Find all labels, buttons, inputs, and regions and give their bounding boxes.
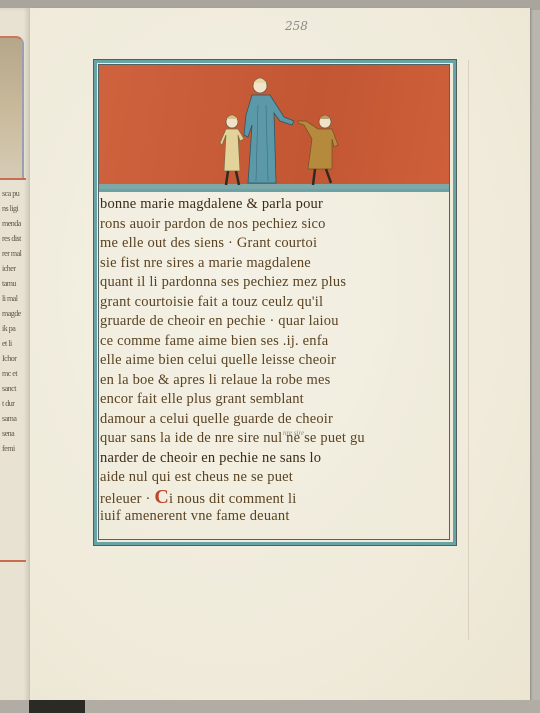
previous-page-rubric-line <box>0 178 26 180</box>
text-line: narder de cheoir en pechie ne sans lo <box>100 449 450 469</box>
text-line-start: releuer · <box>100 491 154 507</box>
text-line: ce comme fame aime bien ses .ij. enfa <box>100 332 450 352</box>
text-line-end: i nous dit comment li <box>169 491 296 507</box>
text-line: quar sans la ide de nre sire nul ne se p… <box>100 429 450 449</box>
text-line: en la boe & apres li relaue la robe mes <box>100 371 450 391</box>
text-line-rubric: releuer · Ci nous dit comment li <box>100 488 450 508</box>
text-line: iuif amenerent vne fame deuant <box>100 507 450 527</box>
text-line: gruarde de cheoir en pechie · quar laiou <box>100 312 450 332</box>
child-left-figure <box>220 115 244 185</box>
text-line: quant il li pardonna ses pechiez mez plu… <box>100 273 450 293</box>
binding-edge <box>29 700 85 713</box>
interlinear-gloss: nre sire <box>283 429 304 437</box>
ruling-line <box>468 60 469 640</box>
child-right-figure <box>298 115 338 185</box>
text-line: bonne marie magdalene & parla pour <box>100 195 450 215</box>
previous-page-text: sca pu ns ligi menda res dist rer mal ic… <box>2 186 26 556</box>
folio-number: 258 <box>285 19 308 33</box>
text-line: rons auoir pardon de nos pechiez sico <box>100 215 450 235</box>
woman-figure <box>244 78 294 183</box>
previous-page-edge: sca pu ns ligi menda res dist rer mal ic… <box>0 8 30 708</box>
previous-page-rubric-line-bottom <box>0 560 26 562</box>
text-line: grant courtoisie fait a touz ceulz qu'il <box>100 293 450 313</box>
manuscript-text: bonne marie magdalene & parla pour rons … <box>100 195 450 527</box>
text-line: encor fait elle plus grant semblant <box>100 390 450 410</box>
text-line: sie fist nre sires a marie magdalene <box>100 254 450 274</box>
miniature <box>98 65 450 192</box>
text-line: elle aime bien celui quelle leisse cheoi… <box>100 351 450 371</box>
text-line: aide nul qui est cheus ne se puet <box>100 468 450 488</box>
miniature-figures <box>98 65 450 189</box>
rubric-initial: C <box>154 486 169 508</box>
previous-page-miniature <box>0 36 24 178</box>
text-line: me elle out des siens · Grant courtoi <box>100 234 450 254</box>
text-line: damour a celui quelle guarde de cheoir <box>100 410 450 430</box>
